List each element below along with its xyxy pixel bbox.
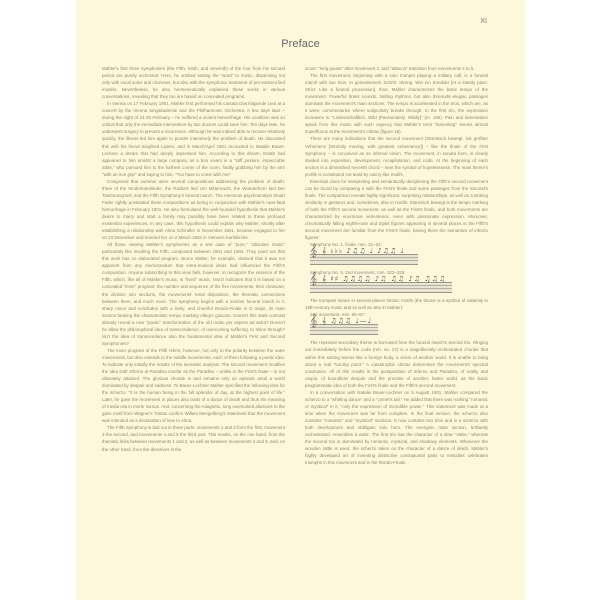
paragraph: score: "long pause" after movement 2, an… bbox=[305, 65, 488, 72]
paragraph: In a conversation with Natalie Bauer-Lec… bbox=[305, 389, 488, 467]
paragraph: The trumpets intone in several places tr… bbox=[305, 297, 488, 311]
music-example: 𝄞 𝄞 ♯♯ ♫♫♫♫ ♪♫ ♫♫ ♪♫ ♫♫♫ bbox=[310, 278, 488, 294]
paragraph: The first movement, beginning with a sol… bbox=[305, 72, 488, 135]
paragraph: In Vienna on 17 February 1901, Mahler fi… bbox=[102, 100, 285, 178]
staff bbox=[310, 324, 378, 335]
notes: 𝄞 ♫♫♫ ♩—♩ bbox=[322, 318, 372, 325]
treble-clef-icon: 𝄞 bbox=[310, 275, 317, 282]
paragraph: The inner program of the Fifth refers, h… bbox=[102, 347, 285, 425]
treble-clef-icon: 𝄞 bbox=[310, 247, 317, 254]
paragraph: There are many indications that the seco… bbox=[305, 135, 488, 177]
paragraph: All those viewing Mahler's symphonies as… bbox=[102, 241, 285, 347]
page-title: Preface bbox=[76, 38, 525, 50]
paragraph: Mahler's first three symphonies (the Fif… bbox=[102, 65, 285, 100]
notes: 𝄞 ♭♭♭ ♪♫♫ ♩ ♪♫♫ ♩ bbox=[322, 248, 405, 255]
page-number: XI bbox=[480, 18, 487, 25]
paragraph: Composed that summer were several compos… bbox=[102, 178, 285, 241]
document-page: XI Preface Mahler's first three symphoni… bbox=[76, 0, 525, 600]
music-example: 𝄞 𝄞 ♫♫♫ ♩—♩ bbox=[310, 320, 488, 336]
music-example: 𝄞 𝄞 ♭♭♭ ♪♫♫ ♩ ♪♫♫ ♩ bbox=[310, 250, 488, 266]
paragraph: The repeated secondary theme is borrowed… bbox=[305, 339, 488, 388]
staff bbox=[310, 282, 452, 293]
notes: 𝄞 ♯♯ ♫♫♫♫ ♪♫ ♫♫ ♪♫ ♫♫♫ bbox=[322, 276, 446, 283]
treble-clef-icon: 𝄞 bbox=[310, 317, 317, 324]
paragraph: The Fifth Symphony is laid out in three … bbox=[102, 424, 285, 452]
paragraph: Essential clues for interpreting and sem… bbox=[305, 178, 488, 241]
staff bbox=[310, 254, 418, 265]
right-column: score: "long pause" after movement 2, an… bbox=[305, 65, 488, 466]
left-column: Mahler's first three symphonies (the Fif… bbox=[102, 65, 285, 453]
